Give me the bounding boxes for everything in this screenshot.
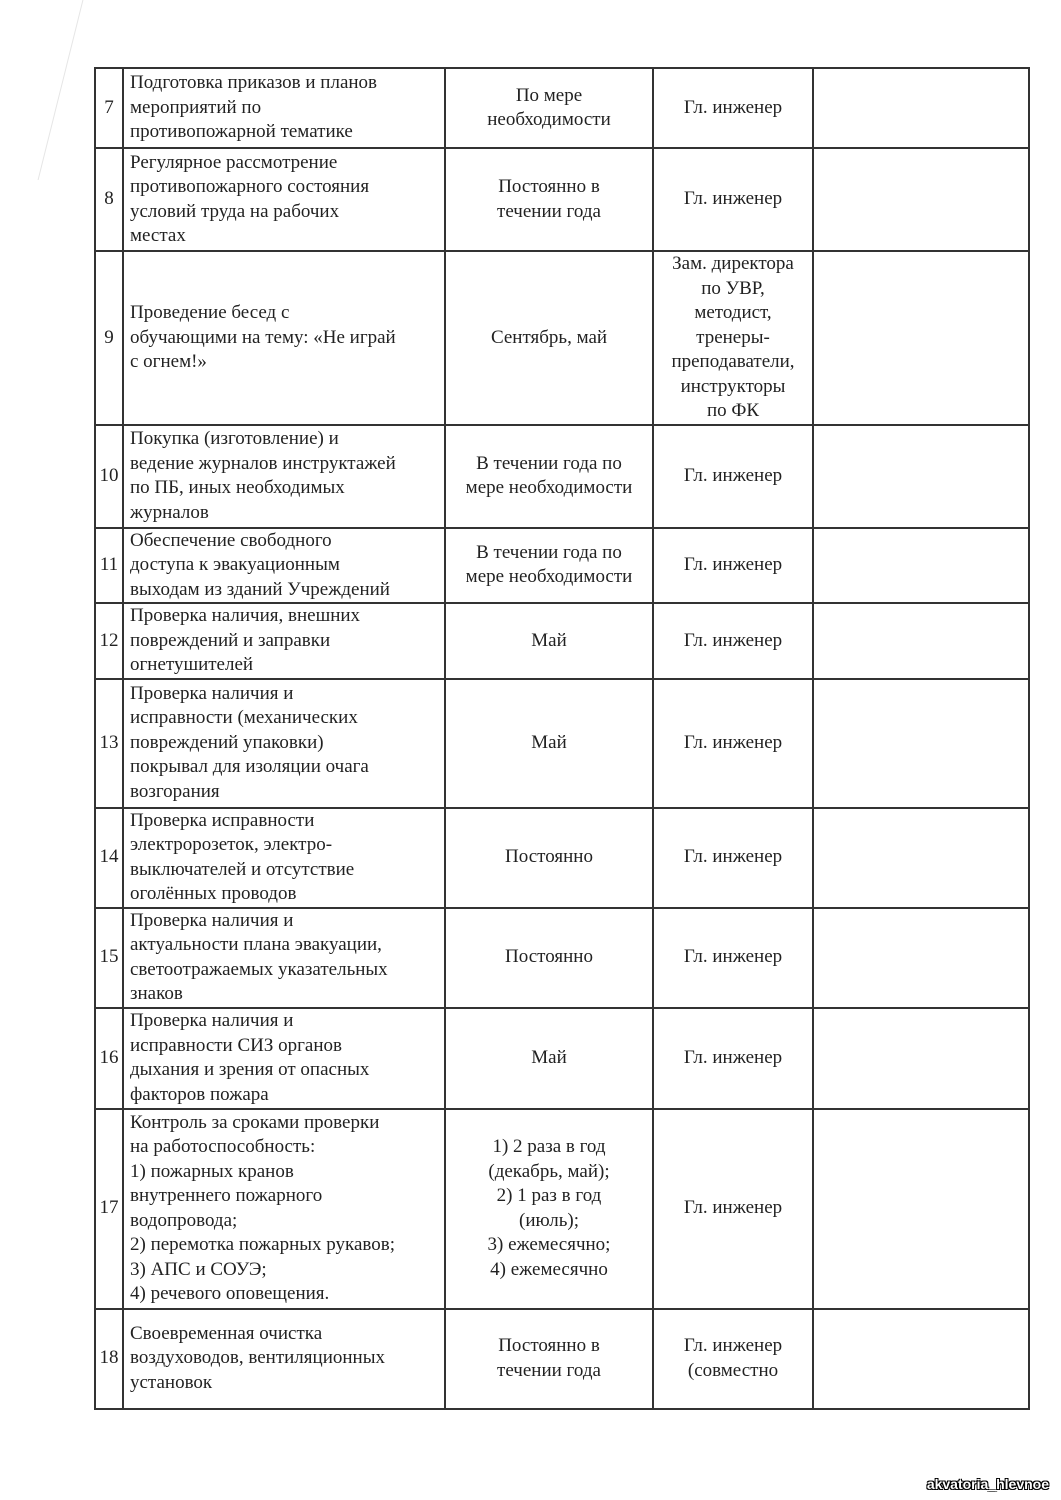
row-number: 15	[95, 908, 123, 1008]
responsible-person: Гл. инженер	[653, 679, 813, 808]
deadline: 1) 2 раза в год (декабрь, май); 2) 1 раз…	[445, 1109, 653, 1309]
event-description: Проверка наличия, внешних повреждений и …	[123, 603, 445, 679]
row-number: 17	[95, 1109, 123, 1309]
table-row: 11Обеспечение свободного доступа к эваку…	[95, 528, 1029, 604]
event-description: Проверка наличия и актуальности плана эв…	[123, 908, 445, 1008]
note-cell	[813, 1008, 1029, 1109]
deadline: Май	[445, 679, 653, 808]
table-row: 8Регулярное рассмотрение противопожарног…	[95, 148, 1029, 251]
table-row: 10Покупка (изготовление) и ведение журна…	[95, 425, 1029, 528]
event-description: Своевременная очистка воздуховодов, вент…	[123, 1309, 445, 1409]
deadline: Постоянно	[445, 808, 653, 908]
event-description: Проведение бесед с обучающими на тему: «…	[123, 251, 445, 425]
event-description: Подготовка приказов и планов мероприятий…	[123, 68, 445, 148]
event-description: Обеспечение свободного доступа к эвакуац…	[123, 528, 445, 604]
row-number: 7	[95, 68, 123, 148]
table-row: 15Проверка наличия и актуальности плана …	[95, 908, 1029, 1008]
deadline: В течении года по мере необходимости	[445, 425, 653, 528]
responsible-person: Гл. инженер	[653, 1008, 813, 1109]
row-number: 9	[95, 251, 123, 425]
table-row: 12Проверка наличия, внешних повреждений …	[95, 603, 1029, 679]
note-cell	[813, 908, 1029, 1008]
table-row: 13Проверка наличия и исправности (механи…	[95, 679, 1029, 808]
responsible-person: Гл. инженер	[653, 425, 813, 528]
deadline: Постоянно в течении года	[445, 148, 653, 251]
responsible-person: Гл. инженер	[653, 908, 813, 1008]
row-number: 13	[95, 679, 123, 808]
note-cell	[813, 528, 1029, 604]
table-row: 9Проведение бесед с обучающими на тему: …	[95, 251, 1029, 425]
responsible-person: Гл. инженер	[653, 1109, 813, 1309]
row-number: 10	[95, 425, 123, 528]
note-cell	[813, 1109, 1029, 1309]
row-number: 8	[95, 148, 123, 251]
event-description: Проверка исправности электророзеток, эле…	[123, 808, 445, 908]
table-row: 14Проверка исправности электророзеток, э…	[95, 808, 1029, 908]
responsible-person: Гл. инженер (совместно	[653, 1309, 813, 1409]
row-number: 16	[95, 1008, 123, 1109]
note-cell	[813, 808, 1029, 908]
table-row: 16Проверка наличия и исправности СИЗ орг…	[95, 1008, 1029, 1109]
event-description: Проверка наличия и исправности (механиче…	[123, 679, 445, 808]
deadline: В течении года по мере необходимости	[445, 528, 653, 604]
fire-safety-plan-table: 7Подготовка приказов и планов мероприяти…	[94, 67, 1030, 1410]
note-cell	[813, 1309, 1029, 1409]
responsible-person: Зам. директора по УВР, методист, тренеры…	[653, 251, 813, 425]
deadline: Май	[445, 603, 653, 679]
row-number: 12	[95, 603, 123, 679]
table-row: 18Своевременная очистка воздуховодов, ве…	[95, 1309, 1029, 1409]
note-cell	[813, 603, 1029, 679]
deadline: По мере необходимости	[445, 68, 653, 148]
event-description: Проверка наличия и исправности СИЗ орган…	[123, 1008, 445, 1109]
note-cell	[813, 679, 1029, 808]
note-cell	[813, 148, 1029, 251]
responsible-person: Гл. инженер	[653, 528, 813, 604]
row-number: 14	[95, 808, 123, 908]
responsible-person: Гл. инженер	[653, 148, 813, 251]
deadline: Сентябрь, май	[445, 251, 653, 425]
row-number: 18	[95, 1309, 123, 1409]
deadline: Постоянно	[445, 908, 653, 1008]
note-cell	[813, 251, 1029, 425]
deadline: Постоянно в течении года	[445, 1309, 653, 1409]
watermark: akvatoria_hlevnoe	[927, 1476, 1049, 1492]
table-row: 17Контроль за сроками проверки на работо…	[95, 1109, 1029, 1309]
note-cell	[813, 425, 1029, 528]
responsible-person: Гл. инженер	[653, 603, 813, 679]
responsible-person: Гл. инженер	[653, 68, 813, 148]
table-row: 7Подготовка приказов и планов мероприяти…	[95, 68, 1029, 148]
event-description: Регулярное рассмотрение противопожарного…	[123, 148, 445, 251]
responsible-person: Гл. инженер	[653, 808, 813, 908]
event-description: Покупка (изготовление) и ведение журнало…	[123, 425, 445, 528]
event-description: Контроль за сроками проверки на работосп…	[123, 1109, 445, 1309]
note-cell	[813, 68, 1029, 148]
deadline: Май	[445, 1008, 653, 1109]
row-number: 11	[95, 528, 123, 604]
